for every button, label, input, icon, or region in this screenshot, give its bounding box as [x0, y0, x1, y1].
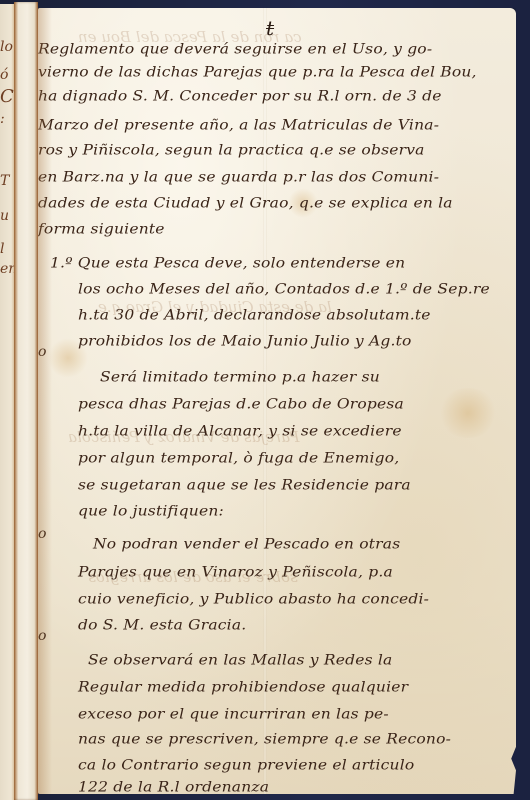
margin-fragment: C: [0, 88, 14, 106]
text-line: Se observará en las Mallas y Redes la: [88, 652, 393, 669]
text-line: exceso por el que incurriran en las pe-: [78, 706, 389, 723]
text-line: forma siguiente: [38, 221, 165, 238]
margin-fragment: T: [0, 174, 9, 188]
text-line: se sugetaran aque se les Residencie para: [78, 477, 411, 494]
margin-mark: o: [38, 344, 46, 360]
paper-stain: [438, 388, 498, 438]
text-line: nas que se prescriven, siempre q.e se Re…: [78, 731, 451, 748]
text-line: cuio veneficio, y Publico abasto ha conc…: [78, 591, 429, 608]
margin-fragment: ó: [0, 68, 8, 82]
text-line: ha dignado S. M. Conceder por su R.l orn…: [38, 88, 442, 105]
text-line: Regular medida prohibiendose qualquier: [78, 679, 408, 696]
binding-strip: [14, 2, 38, 800]
text-line: No podran vender el Pescado en otras: [93, 536, 400, 553]
text-line: los ocho Meses del año, Contados d.e 1.º…: [78, 281, 490, 298]
text-line: que lo justifiquen:: [78, 503, 224, 520]
text-line: h.ta la villa de Alcanar, y si se excedi…: [78, 423, 402, 440]
margin-mark: o: [38, 526, 46, 542]
text-line: pesca dhas Parejas d.e Cabo de Oropesa: [78, 396, 404, 413]
margin-mark: o: [38, 628, 46, 644]
text-line: h.ta 30 de Abril, declarandose absolutam…: [78, 307, 431, 324]
text-line: ros y Piñiscola, segun la practica q.e s…: [38, 142, 425, 159]
text-line: Será limitado termino p.a hazer su: [100, 369, 380, 386]
text-line: Marzo del presente año, a las Matriculas…: [38, 117, 439, 134]
text-line: do S. M. esta Gracia.: [78, 617, 246, 634]
text-line: ca lo Contrario segun previene el articu…: [78, 757, 414, 774]
margin-fragment: l: [0, 242, 4, 256]
text-line: vierno de las dichas Parejas que p.ra la…: [38, 64, 477, 81]
text-line: Parajes que en Vinaroz y Peñiscola, p.a: [78, 564, 393, 581]
text-line: dades de esta Ciudad y el Grao, q.e se e…: [38, 195, 453, 212]
text-line: prohibidos los de Maio Junio Julio y Ag.…: [78, 333, 412, 350]
margin-fragment: u: [0, 209, 9, 223]
manuscript-page: ca ron de la Pesca del Bou en la de esta…: [38, 8, 516, 794]
text-line: en Barz.na y la que se guarda p.r las do…: [38, 169, 439, 186]
text-line: 122 de la R.l ordenanza: [78, 779, 269, 796]
folio-number: t: [256, 16, 284, 40]
margin-fragment: :: [0, 112, 5, 126]
text-line: 1.º Que esta Pesca deve, solo entenderse…: [50, 255, 405, 272]
margin-fragment: lo: [0, 40, 13, 54]
text-line: Reglamento que deverá seguirse en el Uso…: [38, 41, 432, 58]
text-line: por algun temporal, ò fuga de Enemigo,: [78, 450, 399, 467]
